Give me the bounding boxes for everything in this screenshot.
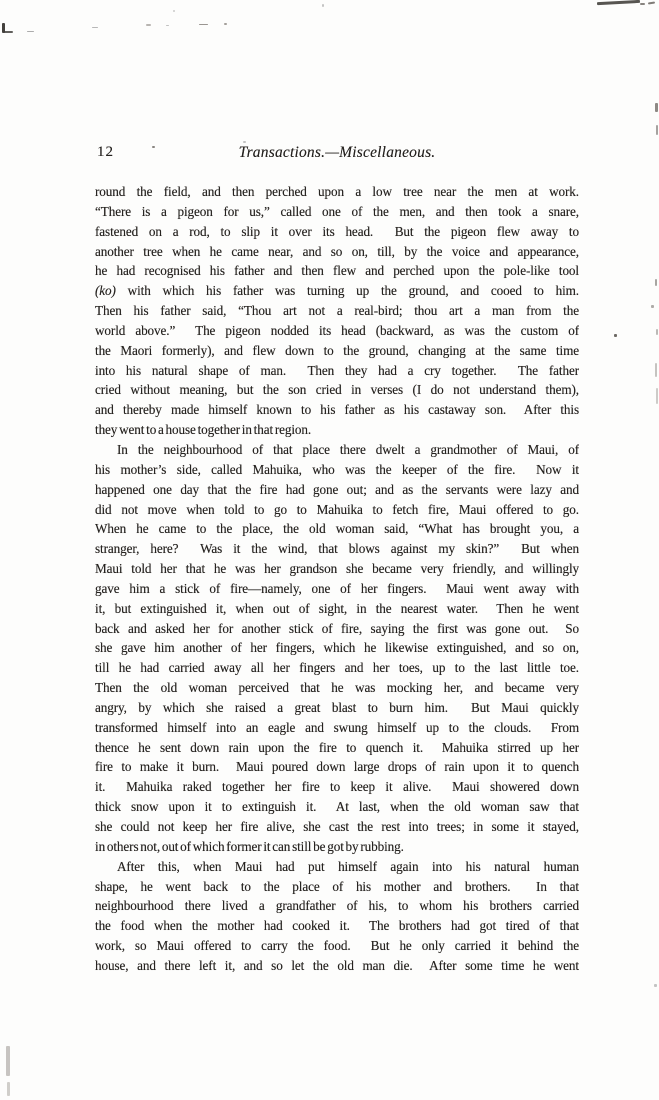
scan-artifact xyxy=(224,23,227,25)
text-run: transformed himself into an eagle and sw… xyxy=(95,720,579,735)
running-header: 12 Transactions.—Miscellaneous. xyxy=(95,144,579,164)
text-line: “There is a pigeon for us,” called one o… xyxy=(95,202,579,222)
text-line: it. Mahuika raked together her fire to k… xyxy=(95,777,579,797)
text-run: Then his father said, “Thou art not a re… xyxy=(95,303,579,318)
text-line: fastened on a rod, to slip it over its h… xyxy=(95,222,579,242)
text-run: gave him a stick of fire—namely, one of … xyxy=(95,581,579,596)
scan-artifact xyxy=(597,0,640,5)
scan-artifact xyxy=(199,24,208,25)
text-run: the food when the mother had cooked it. … xyxy=(95,918,579,933)
text-line: it, but extinguished it, when out of sig… xyxy=(95,599,579,619)
scan-artifact xyxy=(166,25,169,26)
text-run: Maui told her that he was her grandson s… xyxy=(95,561,579,576)
scan-artifact xyxy=(243,141,246,143)
text-line: another tree when he came near, and so o… xyxy=(95,242,579,262)
text-line: work, so Maui offered to carry the food.… xyxy=(95,936,579,956)
scan-artifact xyxy=(651,305,654,308)
text-run: world above.” The pigeon nodded its head… xyxy=(95,323,579,338)
text-run: neighbourhood there lived a grandfather … xyxy=(95,898,579,913)
text-line: the Maori formerly), and flew down to th… xyxy=(95,341,579,361)
text-run: into his natural shape of man. Then they… xyxy=(95,363,579,378)
text-line: (ko) with which his father was turning u… xyxy=(95,281,579,301)
text-line: into his natural shape of man. Then they… xyxy=(95,361,579,381)
text-line: gave him a stick of fire—namely, one of … xyxy=(95,579,579,599)
text-run: they went to a house together in that re… xyxy=(95,422,311,437)
italic-term: (ko) xyxy=(95,283,116,298)
text-run: round the field, and then perched upon a… xyxy=(95,184,579,199)
text-run: house, and there left it, and so let the… xyxy=(95,958,579,973)
text-line: back and asked her for another stick of … xyxy=(95,619,579,639)
text-line: happened one day that the fire had gone … xyxy=(95,480,579,500)
scan-artifact xyxy=(656,125,658,135)
scan-artifact xyxy=(27,31,34,32)
scan-artifact xyxy=(322,4,324,7)
text-line: neighbourhood there lived a grandfather … xyxy=(95,896,579,916)
text-run: back and asked her for another stick of … xyxy=(95,621,579,636)
text-line: till he had carried away all her fingers… xyxy=(95,658,579,678)
text-run: When he came to the place, the old woman… xyxy=(95,521,579,536)
scan-artifact xyxy=(173,10,175,12)
text-line: she could not keep her fire alive, she c… xyxy=(95,817,579,837)
text-line: did not move when told to go to Mahuika … xyxy=(95,500,579,520)
text-line: Then his father said, “Thou art not a re… xyxy=(95,301,579,321)
text-line: transformed himself into an eagle and sw… xyxy=(95,718,579,738)
scan-artifact xyxy=(7,1082,10,1096)
text-run: the Maori formerly), and flew down to th… xyxy=(95,343,579,358)
scan-artifact xyxy=(2,23,5,33)
text-line: in others not, out of which former it ca… xyxy=(95,837,579,857)
text-run: shape, he went back to the place of his … xyxy=(95,879,579,894)
scan-artifact xyxy=(654,984,657,987)
text-run: and thereby made himself known to his fa… xyxy=(95,402,579,417)
text-run: with which his father was turning up the… xyxy=(116,283,579,298)
text-line: thence he sent down rain upon the fire t… xyxy=(95,738,579,758)
scan-artifact xyxy=(656,329,658,335)
scan-artifact xyxy=(92,27,98,28)
text-run: Then the old woman perceived that he was… xyxy=(95,680,579,695)
text-run: happened one day that the fire had gone … xyxy=(95,482,579,497)
text-run: till he had carried away all her fingers… xyxy=(95,660,579,675)
text-run: cried without meaning, but the son cried… xyxy=(95,382,579,397)
text-run: it. Mahuika raked together her fire to k… xyxy=(95,779,579,794)
text-run: work, so Maui offered to carry the food.… xyxy=(95,938,579,953)
text-run: it, but extinguished it, when out of sig… xyxy=(95,601,579,616)
text-line: house, and there left it, and so let the… xyxy=(95,956,579,976)
text-run: he had recognised his father and then fl… xyxy=(95,263,579,278)
text-line: angry, by which she raised a great blast… xyxy=(95,698,579,718)
text-run: thence he sent down rain upon the fire t… xyxy=(95,740,579,755)
text-run: she gave him another of her fingers, whi… xyxy=(95,640,579,655)
text-run: did not move when told to go to Mahuika … xyxy=(95,502,579,517)
text-line: thick snow upon it to extinguish it. At … xyxy=(95,797,579,817)
scan-artifact xyxy=(640,3,645,5)
scan-artifact xyxy=(6,1046,10,1076)
text-run: After this, when Maui had put himself ag… xyxy=(117,859,579,874)
text-run: fastened on a rod, to slip it over its h… xyxy=(95,224,579,239)
text-run: angry, by which she raised a great blast… xyxy=(95,700,579,715)
text-line: fire to make it burn. Maui poured down l… xyxy=(95,757,579,777)
text-run: another tree when he came near, and so o… xyxy=(95,244,579,259)
text-line: round the field, and then perched upon a… xyxy=(95,182,579,202)
text-line: he had recognised his father and then fl… xyxy=(95,261,579,281)
text-line: In the neighbourhood of that place there… xyxy=(95,440,579,460)
scan-artifact xyxy=(655,103,658,112)
text-run: fire to make it burn. Maui poured down l… xyxy=(95,759,579,774)
text-line: his mother’s side, called Mahuika, who w… xyxy=(95,460,579,480)
scan-artifact xyxy=(655,279,657,286)
text-line: and thereby made himself known to his fa… xyxy=(95,400,579,420)
text-line: shape, he went back to the place of his … xyxy=(95,877,579,897)
text-line: the food when the mother had cooked it. … xyxy=(95,916,579,936)
scan-artifact xyxy=(614,334,617,337)
text-run: “There is a pigeon for us,” called one o… xyxy=(95,204,579,219)
text-line: Maui told her that he was her grandson s… xyxy=(95,559,579,579)
scan-artifact xyxy=(655,363,657,377)
page-body: round the field, and then perched upon a… xyxy=(95,182,579,976)
running-title: Transactions.—Miscellaneous. xyxy=(95,144,579,162)
scan-artifact xyxy=(656,388,658,404)
text-run: she could not keep her fire alive, she c… xyxy=(95,819,579,834)
text-line: stranger, here? Was it the wind, that bl… xyxy=(95,539,579,559)
text-line: When he came to the place, the old woman… xyxy=(95,519,579,539)
text-line: they went to a house together in that re… xyxy=(95,420,579,440)
text-run: stranger, here? Was it the wind, that bl… xyxy=(95,541,579,556)
scan-artifact xyxy=(146,24,151,26)
text-line: world above.” The pigeon nodded its head… xyxy=(95,321,579,341)
text-run: in others not, out of which former it ca… xyxy=(95,839,404,854)
text-line: she gave him another of her fingers, whi… xyxy=(95,638,579,658)
text-run: thick snow upon it to extinguish it. At … xyxy=(95,799,579,814)
book-page: 12 Transactions.—Miscellaneous. round th… xyxy=(0,0,659,1100)
text-line: After this, when Maui had put himself ag… xyxy=(95,857,579,877)
text-run: In the neighbourhood of that place there… xyxy=(117,442,579,457)
text-line: Then the old woman perceived that he was… xyxy=(95,678,579,698)
text-line: cried without meaning, but the son cried… xyxy=(95,380,579,400)
scan-artifact xyxy=(4,31,13,33)
text-run: his mother’s side, called Mahuika, who w… xyxy=(95,462,579,477)
scan-artifact xyxy=(648,2,655,5)
